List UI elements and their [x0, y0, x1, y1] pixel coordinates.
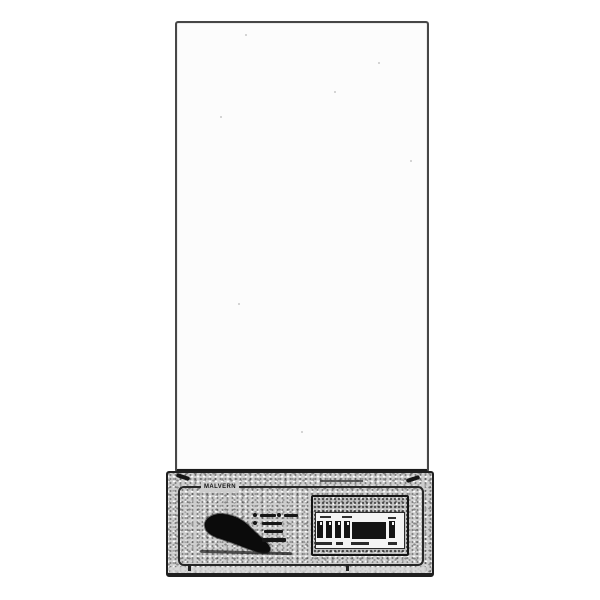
status-led [253, 521, 257, 525]
indicator-label-dash [264, 530, 283, 533]
scanned-figure-canvas: MALVERN [0, 0, 600, 600]
indicator-label-dash [262, 538, 286, 542]
panel-faceplate: MALVERN [178, 486, 424, 566]
panel-foot-tick [188, 564, 191, 571]
indicator-label-dash [262, 522, 282, 525]
dip-switch[interactable] [389, 521, 395, 538]
display-dark-block [352, 522, 386, 539]
cabinet-front [175, 21, 429, 473]
scan-speck [378, 62, 380, 64]
status-led [253, 513, 257, 517]
screw-mark-right [406, 475, 421, 483]
panel-foot-tick [346, 564, 349, 571]
display-screen [315, 512, 405, 549]
scan-speck [220, 116, 222, 118]
display-caption-mark [388, 542, 397, 545]
indicator-label-dash [284, 514, 298, 517]
scan-speck [301, 431, 303, 433]
indicator-label-dash [260, 514, 276, 517]
dip-switch[interactable] [335, 521, 341, 538]
dip-switch[interactable] [326, 521, 332, 538]
display-caption-mark [316, 542, 332, 545]
scan-speck [334, 91, 336, 93]
display-caption-mark [351, 542, 369, 545]
screw-mark-left [176, 473, 191, 481]
dip-switch[interactable] [344, 521, 350, 538]
scan-speck [238, 303, 240, 305]
switch-display-window [311, 495, 409, 556]
control-panel: MALVERN [166, 471, 434, 577]
scale-mark [388, 517, 396, 519]
scan-speck [410, 160, 412, 162]
scale-mark [342, 516, 352, 518]
dip-switch[interactable] [317, 521, 323, 538]
scan-speck [245, 34, 247, 36]
status-led [277, 513, 281, 517]
vent-line [320, 480, 363, 482]
display-caption-mark [336, 542, 343, 545]
scale-mark [320, 516, 331, 518]
panel-bottom-strip [170, 567, 426, 572]
brand-label: MALVERN [201, 482, 239, 492]
